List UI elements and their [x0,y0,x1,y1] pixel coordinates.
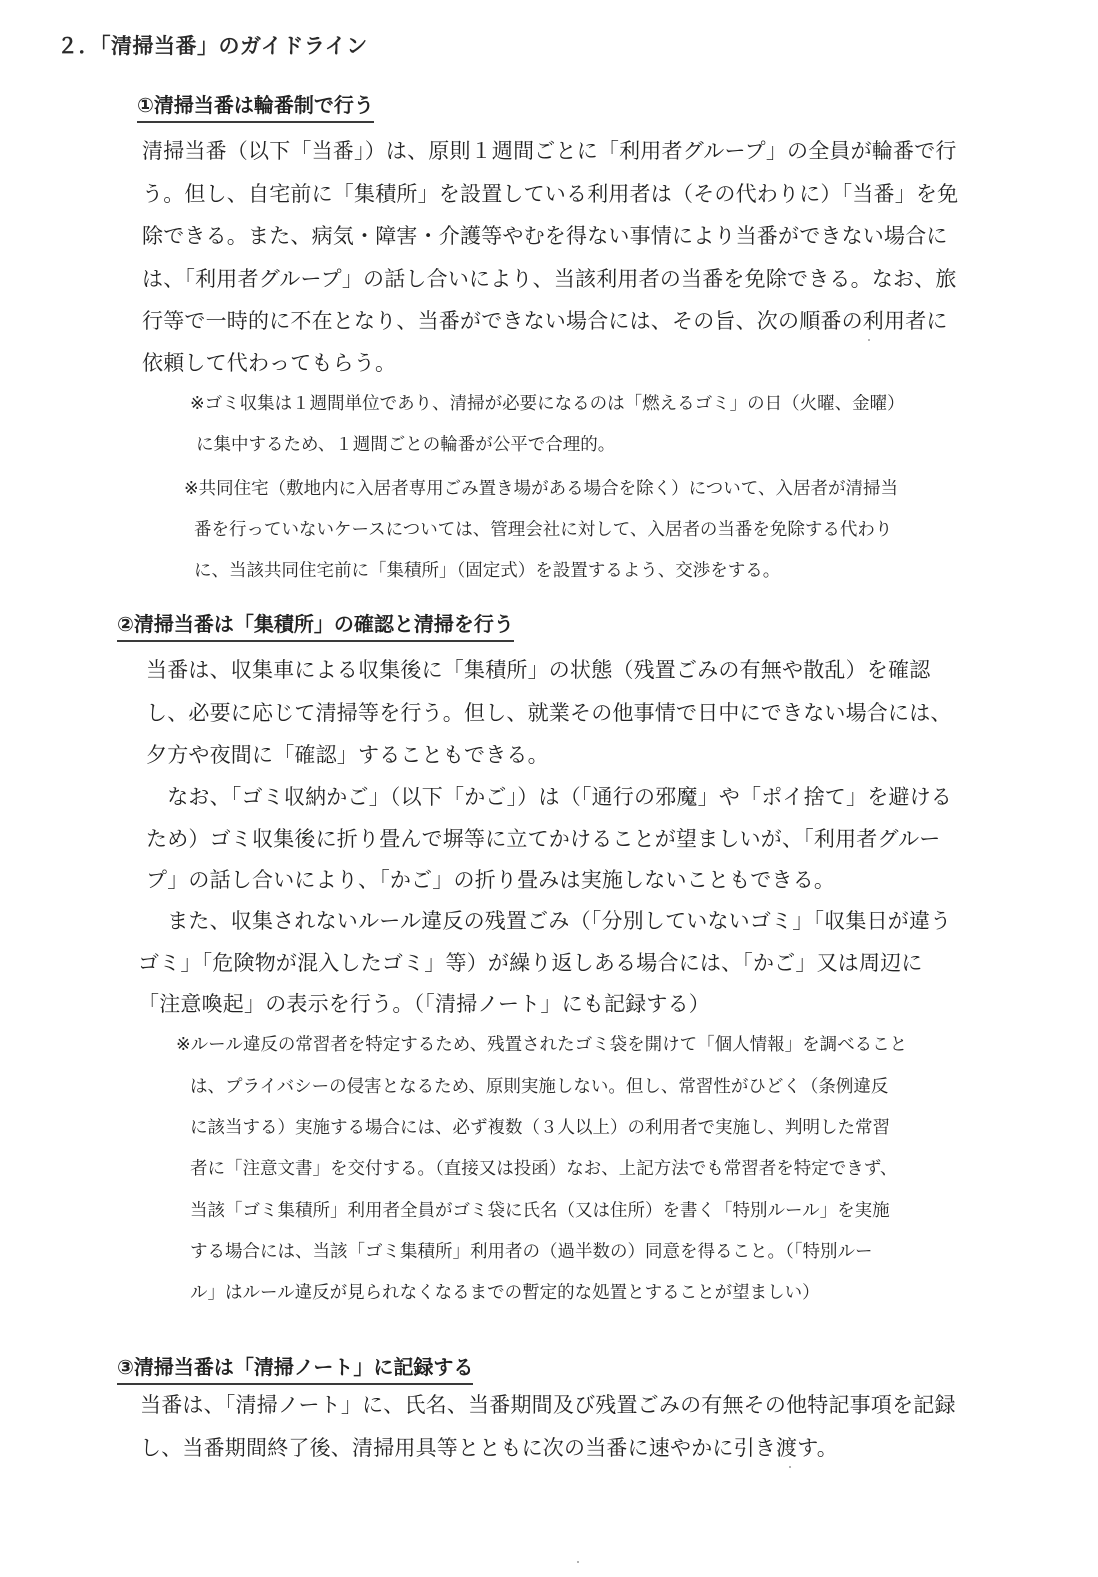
section-2-note-line: ル」はルール違反が見られなくなるまでの暫定的な処置とすることが望ましい） [190,1279,820,1304]
section-1-note-2-line: 番を行っていないケースについては、管理会社に対して、入居者の当番を免除する代わり [194,516,892,541]
section-2-line: また、収集されないルール違反の残置ごみ（「分別していないゴミ」「収集日が違う [146,905,951,935]
section-2-line: 「注意喚起」の表示を行う。（「清掃ノート」にも記録する） [138,988,710,1018]
scan-speck [789,1466,791,1468]
section-2-line: し、必要に応じて清掃等を行う。但し、就業その他事情で日中にできない場合には、 [146,697,952,727]
section-1-line: 依頼して代わってもらう。 [142,347,396,377]
section-1-line: 清掃当番（以下「当番」）は、原則１週間ごとに「利用者グループ」の全員が輪番で行 [142,135,957,165]
section-1-line: う。但し、自宅前に「集積所」を設置している利用者は（その代わりに）「当番」を免 [142,178,958,208]
section-1-line: 行等で一時的に不在となり、当番ができない場合には、その旨、次の順番の利用者に [142,305,948,335]
section-2-line: 当番は、収集車による収集後に「集積所」の状態（残置ごみの有無や散乱）を確認 [146,654,930,684]
section-2-line: ゴミ」「危険物が混入したゴミ」等）が繰り返しある場合には、「かご」又は周辺に [138,947,923,977]
section-3-line: し、当番期間終了後、清掃用具等とともに次の当番に速やかに引き渡す。 [140,1432,838,1462]
section-2-note-line: は、プライバシーの侵害となるため、原則実施しない。但し、常習性がひどく（条例違反 [190,1073,888,1098]
section-2-note-line: する場合には、当該「ゴミ集積所」利用者の（過半数の）同意を得ること。（「特別ルー [190,1238,873,1263]
section-1-note-2-line: に、当該共同住宅前に「集積所」（固定式）を設置するよう、交渉をする。 [194,557,780,582]
section-1-note-1-line: に集中するため、１週間ごとの輪番が公平で合理的。 [196,431,615,456]
section-2-note-line: 当該「ゴミ集積所」利用者全員がゴミ袋に氏名（又は住所）を書く「特別ルール」を実施 [190,1197,890,1222]
scan-speck [868,339,870,341]
section-2-heading: ②清掃当番は「集積所」の確認と清掃を行う [117,608,514,642]
section-1-heading: ①清掃当番は輪番制で行う [137,89,374,123]
scan-speck [577,1561,579,1563]
section-2-note-line: ※ルール違反の常習者を特定するため、残置されたゴミ袋を開けて「個人情報」を調べる… [176,1031,907,1056]
section-2-note-line: に該当する）実施する場合には、必ず複数（３人以上）の利用者で実施し、判明した常習 [190,1114,890,1139]
section-2-line: プ」の話し合いにより、「かご」の折り畳みは実施しないこともできる。 [146,864,835,894]
section-2-line: 夕方や夜間に「確認」することもできる。 [146,739,549,769]
section-1-line: 除できる。また、病気・障害・介護等やむを得ない事情により当番ができない場合に [142,220,948,250]
section-2-line: なお、「ゴミ収納かご」（以下「かご」）は（「通行の邪魔」や「ポイ捨て」を避ける [146,781,952,811]
document-title: ２．「清掃当番」のガイドライン [57,30,368,60]
document-page: ２．「清掃当番」のガイドライン ①清掃当番は輪番制で行う 清掃当番（以下「当番」… [0,0,1098,1577]
section-1-note-1-line: ※ゴミ収集は１週間単位であり、清掃が必要になるのは「燃えるゴミ」の日（火曜、金曜… [190,390,905,415]
section-1-line: は、「利用者グループ」の話し合いにより、当該利用者の当番を免除できる。なお、旅 [142,263,957,293]
section-2-note-line: 者に「注意文書」を交付する。（直接又は投函）なお、上記方法でも常習者を特定できず… [190,1155,897,1180]
section-1-note-2-line: ※共同住宅（敷地内に入居者専用ごみ置き場がある場合を除く）について、入居者が清掃… [184,475,898,500]
section-3-heading: ③清掃当番は「清掃ノート」に記録する [117,1351,473,1385]
section-2-line: ため）ゴミ収集後に折り畳んで塀等に立てかけることが望ましいが、「利用者グルー [146,823,940,853]
section-3-line: 当番は、「清掃ノート」に、氏名、当番期間及び残置ごみの有無その他特記事項を記録 [140,1389,956,1419]
